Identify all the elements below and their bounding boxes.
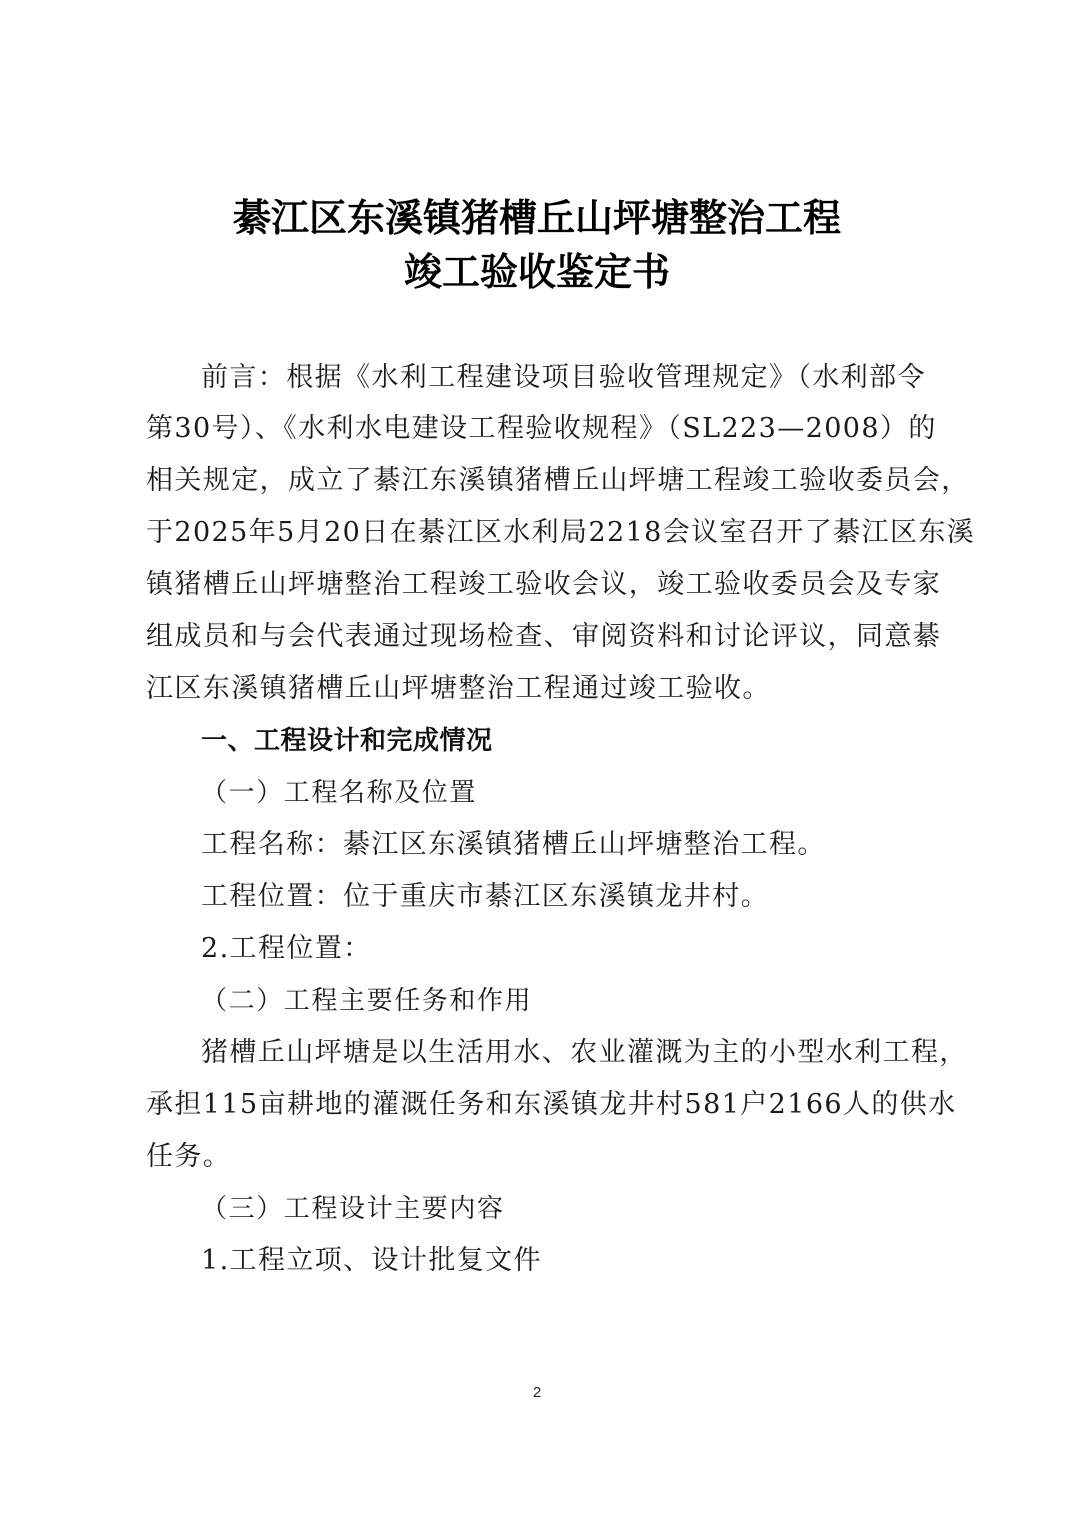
tasks-line: 任务。 bbox=[146, 1141, 946, 1173]
section-heading-1: 一、工程设计和完成情况 bbox=[201, 725, 1001, 757]
preface-line: 江区东溪镇猪槽丘山坪塘整治工程通过竣工验收。 bbox=[146, 673, 946, 705]
page-number: 2 bbox=[0, 1384, 1074, 1402]
document-page: 綦江区东溪镇猪槽丘山坪塘整治工程 竣工验收鉴定书 前言：根据《水利工程建设项目验… bbox=[0, 0, 1074, 1520]
preface-line: 于2025年5月20日在綦江区水利局2218会议室召开了綦江区东溪 bbox=[146, 517, 946, 549]
preface-line: 相关规定，成立了綦江东溪镇猪槽丘山坪塘工程竣工验收委员会， bbox=[146, 465, 946, 497]
document-title-line-2: 竣工验收鉴定书 bbox=[0, 250, 1074, 294]
preface-line: 组成员和与会代表通过现场检查、审阅资料和讨论评议，同意綦 bbox=[146, 621, 946, 653]
document-title-line-1: 綦江区东溪镇猪槽丘山坪塘整治工程 bbox=[0, 196, 1074, 240]
preface-line: 前言：根据《水利工程建设项目验收管理规定》（水利部令 bbox=[201, 362, 1001, 394]
subsection-heading-1: （一）工程名称及位置 bbox=[201, 777, 1001, 809]
project-location-line: 工程位置：位于重庆市綦江区东溪镇龙井村。 bbox=[201, 881, 1001, 913]
tasks-line: 承担115亩耕地的灌溉任务和东溪镇龙井村581户2166人的供水 bbox=[146, 1089, 946, 1121]
item-2-location: 2.工程位置： bbox=[201, 933, 1001, 965]
preface-line: 镇猪槽丘山坪塘整治工程竣工验收会议，竣工验收委员会及专家 bbox=[146, 569, 946, 601]
project-name-line: 工程名称：綦江区东溪镇猪槽丘山坪塘整治工程。 bbox=[201, 829, 1001, 861]
item-1-approval-docs: 1.工程立项、设计批复文件 bbox=[201, 1245, 1001, 1277]
preface-line: 第30号）、《水利水电建设工程验收规程》（SL223—2008）的 bbox=[146, 413, 946, 445]
subsection-heading-3: （三）工程设计主要内容 bbox=[201, 1193, 1001, 1225]
tasks-line: 猪槽丘山坪塘是以生活用水、农业灌溉为主的小型水利工程， bbox=[201, 1037, 1001, 1069]
subsection-heading-2: （二）工程主要任务和作用 bbox=[201, 985, 1001, 1017]
